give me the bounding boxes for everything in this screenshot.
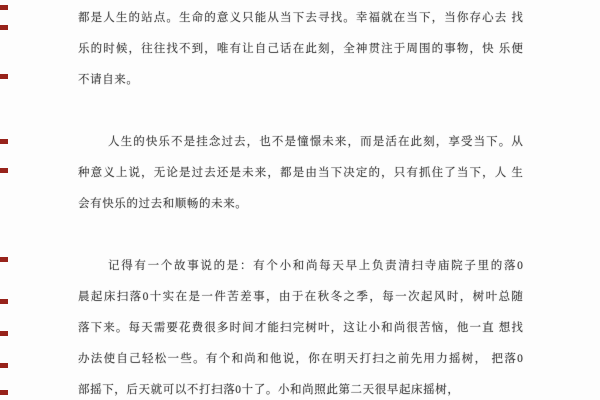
paragraph: 都是人生的站点。生命的意义只能从当下去寻找。幸福就在当下，当你存心去 找快 乐的… [78,3,524,96]
red-edge-mark [0,5,8,10]
text-line: 记得有一个故事说的是：有个小和尚每天早上负责清扫寺庙院子里的落0十。 清 [78,251,524,282]
red-edge-mark [0,390,8,395]
red-edge-mark [0,299,8,304]
text-line: 不请自来。 [78,65,524,96]
red-edge-mark [0,331,8,336]
paragraph: 记得有一个故事说的是：有个小和尚每天早上负责清扫寺庙院子里的落0十。 清 晨起床… [78,251,524,400]
text-line: 种意义上说，无论是过去还是未来，都是由当下决定的，只有抓住了当下，人 生才 [78,158,524,189]
red-edge-mark [0,25,8,30]
text-line: 都是人生的站点。生命的意义只能从当下去寻找。幸福就在当下，当你存心去 找快 [78,3,524,34]
text-line: 人生的快乐不是挂念过去，也不是憧憬未来，而是活在此刻，享受当下。从 某 [78,127,524,158]
red-edge-mark [0,139,8,144]
red-edge-mark [0,74,8,79]
red-edge-mark [0,257,8,262]
text-line: 晨起床扫落0十实在是一件苦差事，由于在秋冬之季，每一次起风时，树叶总随 风飘 [78,282,524,313]
document-text: 都是人生的站点。生命的意义只能从当下去寻找。幸福就在当下，当你存心去 找快 乐的… [78,3,524,400]
scan-edge-marks [0,0,12,400]
document-page: 都是人生的站点。生命的意义只能从当下去寻找。幸福就在当下，当你存心去 找快 乐的… [0,0,600,400]
red-edge-mark [0,168,8,173]
text-line: 办法使自己轻松一些。有个和尚和他说，你在明天打扫之前先用力摇树， 把落0十全 [78,344,524,375]
text-line: 落下来。每天需要花费很多时间才能扫完树叶，这让小和尚很苦恼，他一直 想找个 [78,313,524,344]
text-line: 部摇下，后天就可以不打扫落0十了。小和尚照此第二天很早起床摇树， [78,375,524,400]
text-line: 会有快乐的过去和顺畅的未来。 [78,189,524,220]
red-edge-mark [0,363,8,368]
paragraph: 人生的快乐不是挂念过去，也不是憧憬未来，而是活在此刻，享受当下。从 某 种意义上… [78,127,524,220]
text-line: 乐的时候，往往找不到，唯有让自己话在此刻，全神贯注于周围的事物，快 乐便会 [78,34,524,65]
